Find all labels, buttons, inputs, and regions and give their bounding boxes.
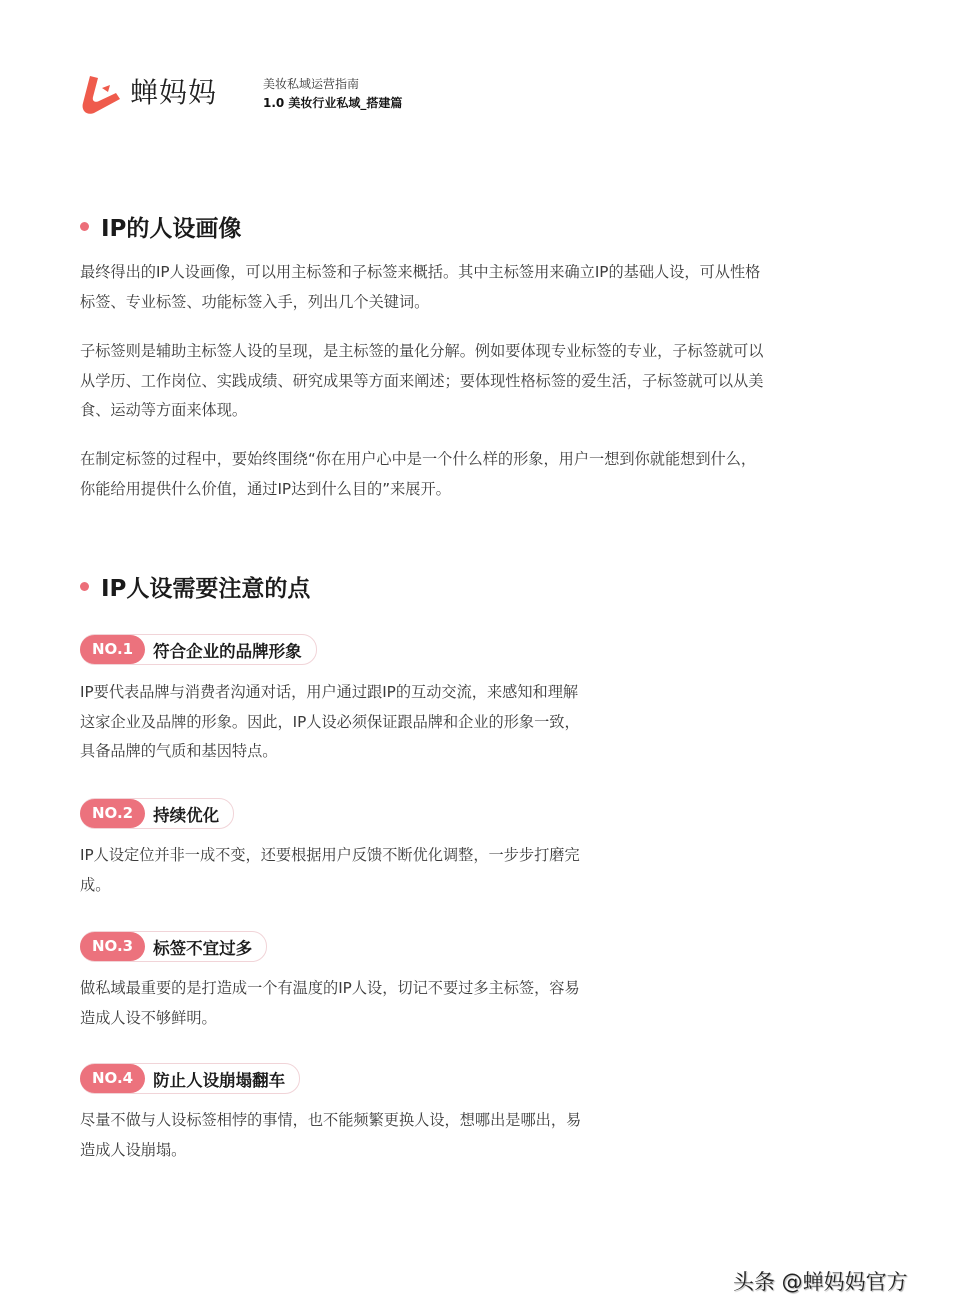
bullet-dot-icon [80,582,89,591]
point-text: IP人设定位并非一成不变，还要根据用户反馈不断优化调整，一步步打磨完成。 [80,841,585,900]
point-tag: NO.4 防止人设崩塌翻车 [80,1063,300,1094]
chanmama-logo-icon [80,73,122,115]
logo-text: 蝉妈妈 [130,74,217,112]
paragraph: 子标签则是辅助主标签人设的呈现，是主标签的量化分解。例如要体现专业标签的专业，子… [80,337,770,426]
point-label: 防止人设崩塌翻车 [153,1067,285,1091]
point-label: 符合企业的品牌形象 [153,638,302,662]
section-title: IP人设需要注意的点 [101,570,310,603]
point-number-badge: NO.2 [80,799,145,828]
paragraph: 在制定标签的过程中，要始终围绕“你在用户心中是一个什么样的形象，用户一想到你就能… [80,445,770,504]
guide-info: 美妆私域运营指南 1.0 美妆行业私域_搭建篇 [263,76,402,112]
section-title: IP的人设画像 [101,210,241,243]
section-heading: IP的人设画像 [80,210,241,243]
guide-subtitle: 1.0 美妆行业私域_搭建篇 [263,94,402,112]
point-number-badge: NO.4 [80,1064,145,1093]
bullet-dot-icon [80,222,89,231]
paragraph: 最终得出的IP人设画像，可以用主标签和子标签来概括。其中主标签用来确立IP的基础… [80,258,770,317]
point-tag: NO.3 标签不宜过多 [80,931,267,962]
point-tag: NO.1 符合企业的品牌形象 [80,634,317,665]
section-heading: IP人设需要注意的点 [80,570,310,603]
watermark: 头条 @蝉妈妈官方 [733,1266,908,1296]
page-header: 蝉妈妈 美妆私域运营指南 1.0 美妆行业私域_搭建篇 [80,70,440,116]
point-text: 尽量不做与人设标签相悖的事情，也不能频繁更换人设，想哪出是哪出，易造成人设崩塌。 [80,1106,585,1165]
point-label: 标签不宜过多 [153,935,252,959]
guide-title: 美妆私域运营指南 [263,76,402,92]
point-text: IP要代表品牌与消费者沟通对话，用户通过跟IP的互动交流，来感知和理解这家企业及… [80,678,585,767]
point-number-badge: NO.1 [80,635,145,664]
point-label: 持续优化 [153,802,219,826]
point-text: 做私域最重要的是打造成一个有温度的IP人设，切记不要过多主标签，容易造成人设不够… [80,974,585,1033]
point-number-badge: NO.3 [80,932,145,961]
point-tag: NO.2 持续优化 [80,798,234,829]
